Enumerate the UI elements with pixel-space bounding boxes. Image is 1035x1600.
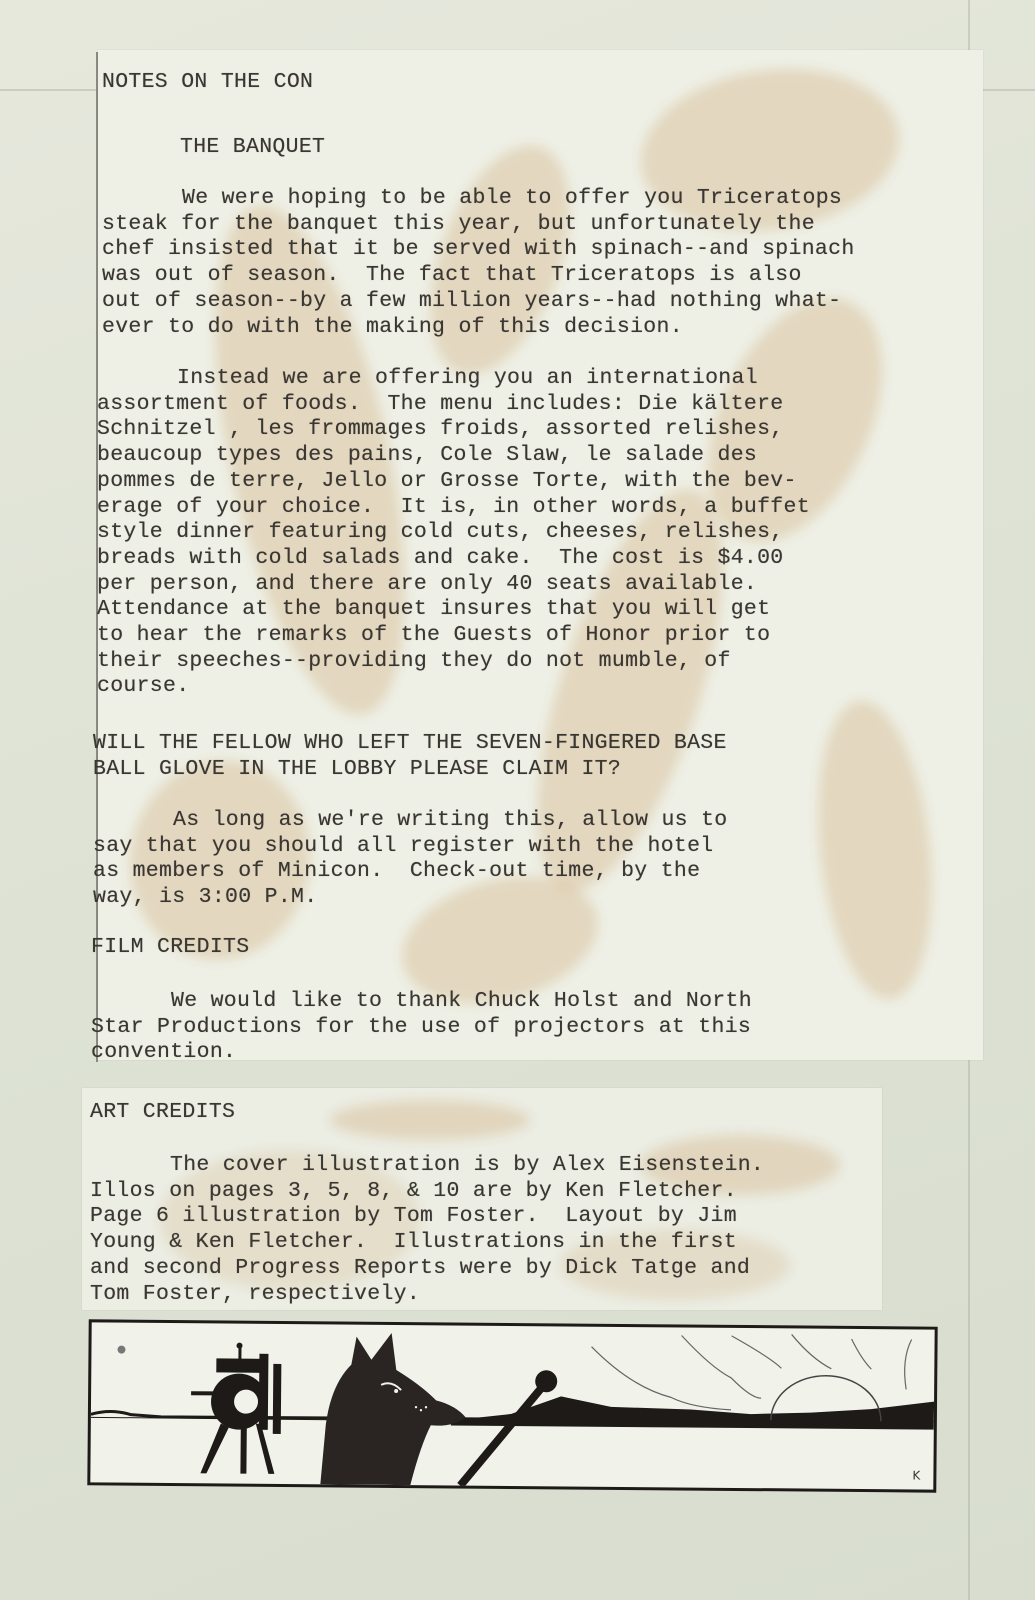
wolf-creature-figure (320, 1332, 466, 1485)
text-line: Star Productions for the use of projecto… (91, 1015, 752, 1041)
document-title: NOTES ON THE CON (102, 70, 313, 96)
banquet-paragraph-1: We were hoping to be able to offer you T… (102, 186, 855, 340)
text-line: Schnitzel , les frommages froids, assort… (97, 417, 810, 443)
text-line: and second Progress Reports were by Dick… (90, 1256, 764, 1282)
section-heading-film-credits: FILM CREDITS (91, 935, 249, 961)
text-line: Young & Ken Fletcher. Illustrations in t… (90, 1230, 764, 1256)
banquet-paragraph-2: Instead we are offering you an internati… (97, 366, 810, 700)
text-line: Instead we are offering you an internati… (97, 366, 810, 392)
text-line: WILL THE FELLOW WHO LEFT THE SEVEN-FINGE… (93, 731, 727, 757)
text-line: way, is 3:00 P.M. (93, 885, 728, 911)
text-line: was out of season. The fact that Tricera… (102, 263, 855, 289)
text-line: BALL GLOVE IN THE LOBBY PLEASE CLAIM IT? (93, 757, 727, 783)
text-line: Page 6 illustration by Tom Foster. Layou… (90, 1204, 764, 1230)
artist-signature: K (912, 1468, 921, 1482)
text-line: We were hoping to be able to offer you T… (102, 186, 855, 212)
text-line: to hear the remarks of the Guests of Hon… (97, 623, 810, 649)
text-line: ever to do with the making of this decis… (102, 315, 855, 341)
illustration-drawing: K (90, 1322, 934, 1489)
text-line: chef insisted that it be served with spi… (102, 237, 855, 263)
text-line: The cover illustration is by Alex Eisens… (90, 1153, 764, 1179)
text-line: As long as we're writing this, allow us … (93, 808, 728, 834)
text-line: say that you should all register with th… (93, 834, 728, 860)
text-line: Attendance at the banquet insures that y… (97, 597, 810, 623)
film-projector-icon (190, 1342, 281, 1474)
hotel-registration-paragraph: As long as we're writing this, allow us … (93, 808, 728, 911)
text-line: per person, and there are only 40 seats … (97, 572, 810, 598)
moon-icon (117, 1346, 125, 1354)
text-line: breads with cold salads and cake. The co… (97, 546, 810, 572)
text-line: Tom Foster, respectively. (90, 1282, 764, 1308)
text-line: convention. (91, 1040, 752, 1066)
text-line: steak for the banquet this year, but unf… (102, 212, 855, 238)
staff-icon (460, 1370, 557, 1487)
text-line: assortment of foods. The menu includes: … (97, 392, 810, 418)
notice-lost-glove: WILL THE FELLOW WHO LEFT THE SEVEN-FINGE… (93, 731, 727, 782)
text-line: course. (97, 674, 810, 700)
film-credits-paragraph: We would like to thank Chuck Holst and N… (91, 989, 752, 1066)
text-line: style dinner featuring cold cuts, cheese… (97, 520, 810, 546)
text-line: pommes de terre, Jello or Grosse Torte, … (97, 469, 810, 495)
text-line: erage of your choice. It is, in other wo… (97, 495, 810, 521)
text-line: as members of Minicon. Check-out time, b… (93, 859, 728, 885)
illustration-panel: K (87, 1319, 937, 1492)
art-credits-paragraph: The cover illustration is by Alex Eisens… (90, 1153, 764, 1307)
text-line: their speeches--providing they do not mu… (97, 649, 810, 675)
text-line: out of season--by a few million years--h… (102, 289, 855, 315)
text-line: We would like to thank Chuck Holst and N… (91, 989, 752, 1015)
section-heading-art-credits: ART CREDITS (90, 1100, 235, 1126)
section-heading-banquet: THE BANQUET (180, 135, 325, 161)
text-line: beaucoup types des pains, Cole Slaw, le … (97, 443, 810, 469)
text-line: Illos on pages 3, 5, 8, & 10 are by Ken … (90, 1179, 764, 1205)
